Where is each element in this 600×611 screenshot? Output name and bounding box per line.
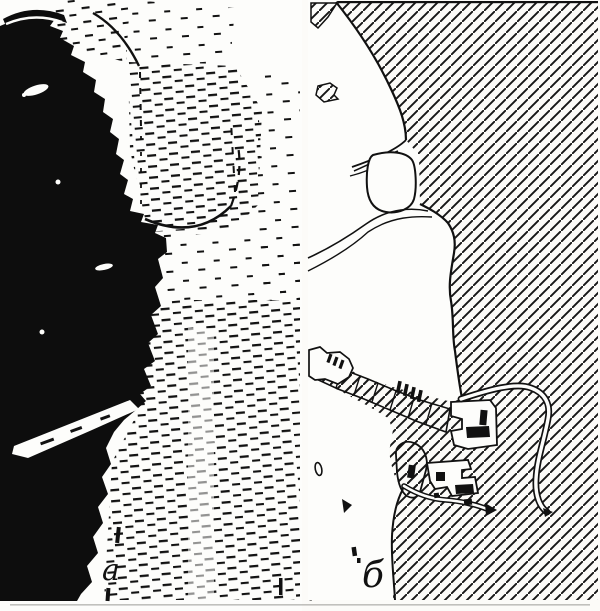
- two-panel-figure-plate: а: [0, 0, 600, 611]
- scan-edge-line: [10, 604, 590, 606]
- figure-canvas: а: [0, 0, 600, 611]
- panel-a-label: а: [102, 553, 120, 588]
- panel-b-top-border: [309, 1, 598, 3]
- panel-b-label: б: [362, 555, 385, 596]
- pebble-outline: [367, 152, 416, 212]
- panel-b-drawing: б: [308, 0, 598, 601]
